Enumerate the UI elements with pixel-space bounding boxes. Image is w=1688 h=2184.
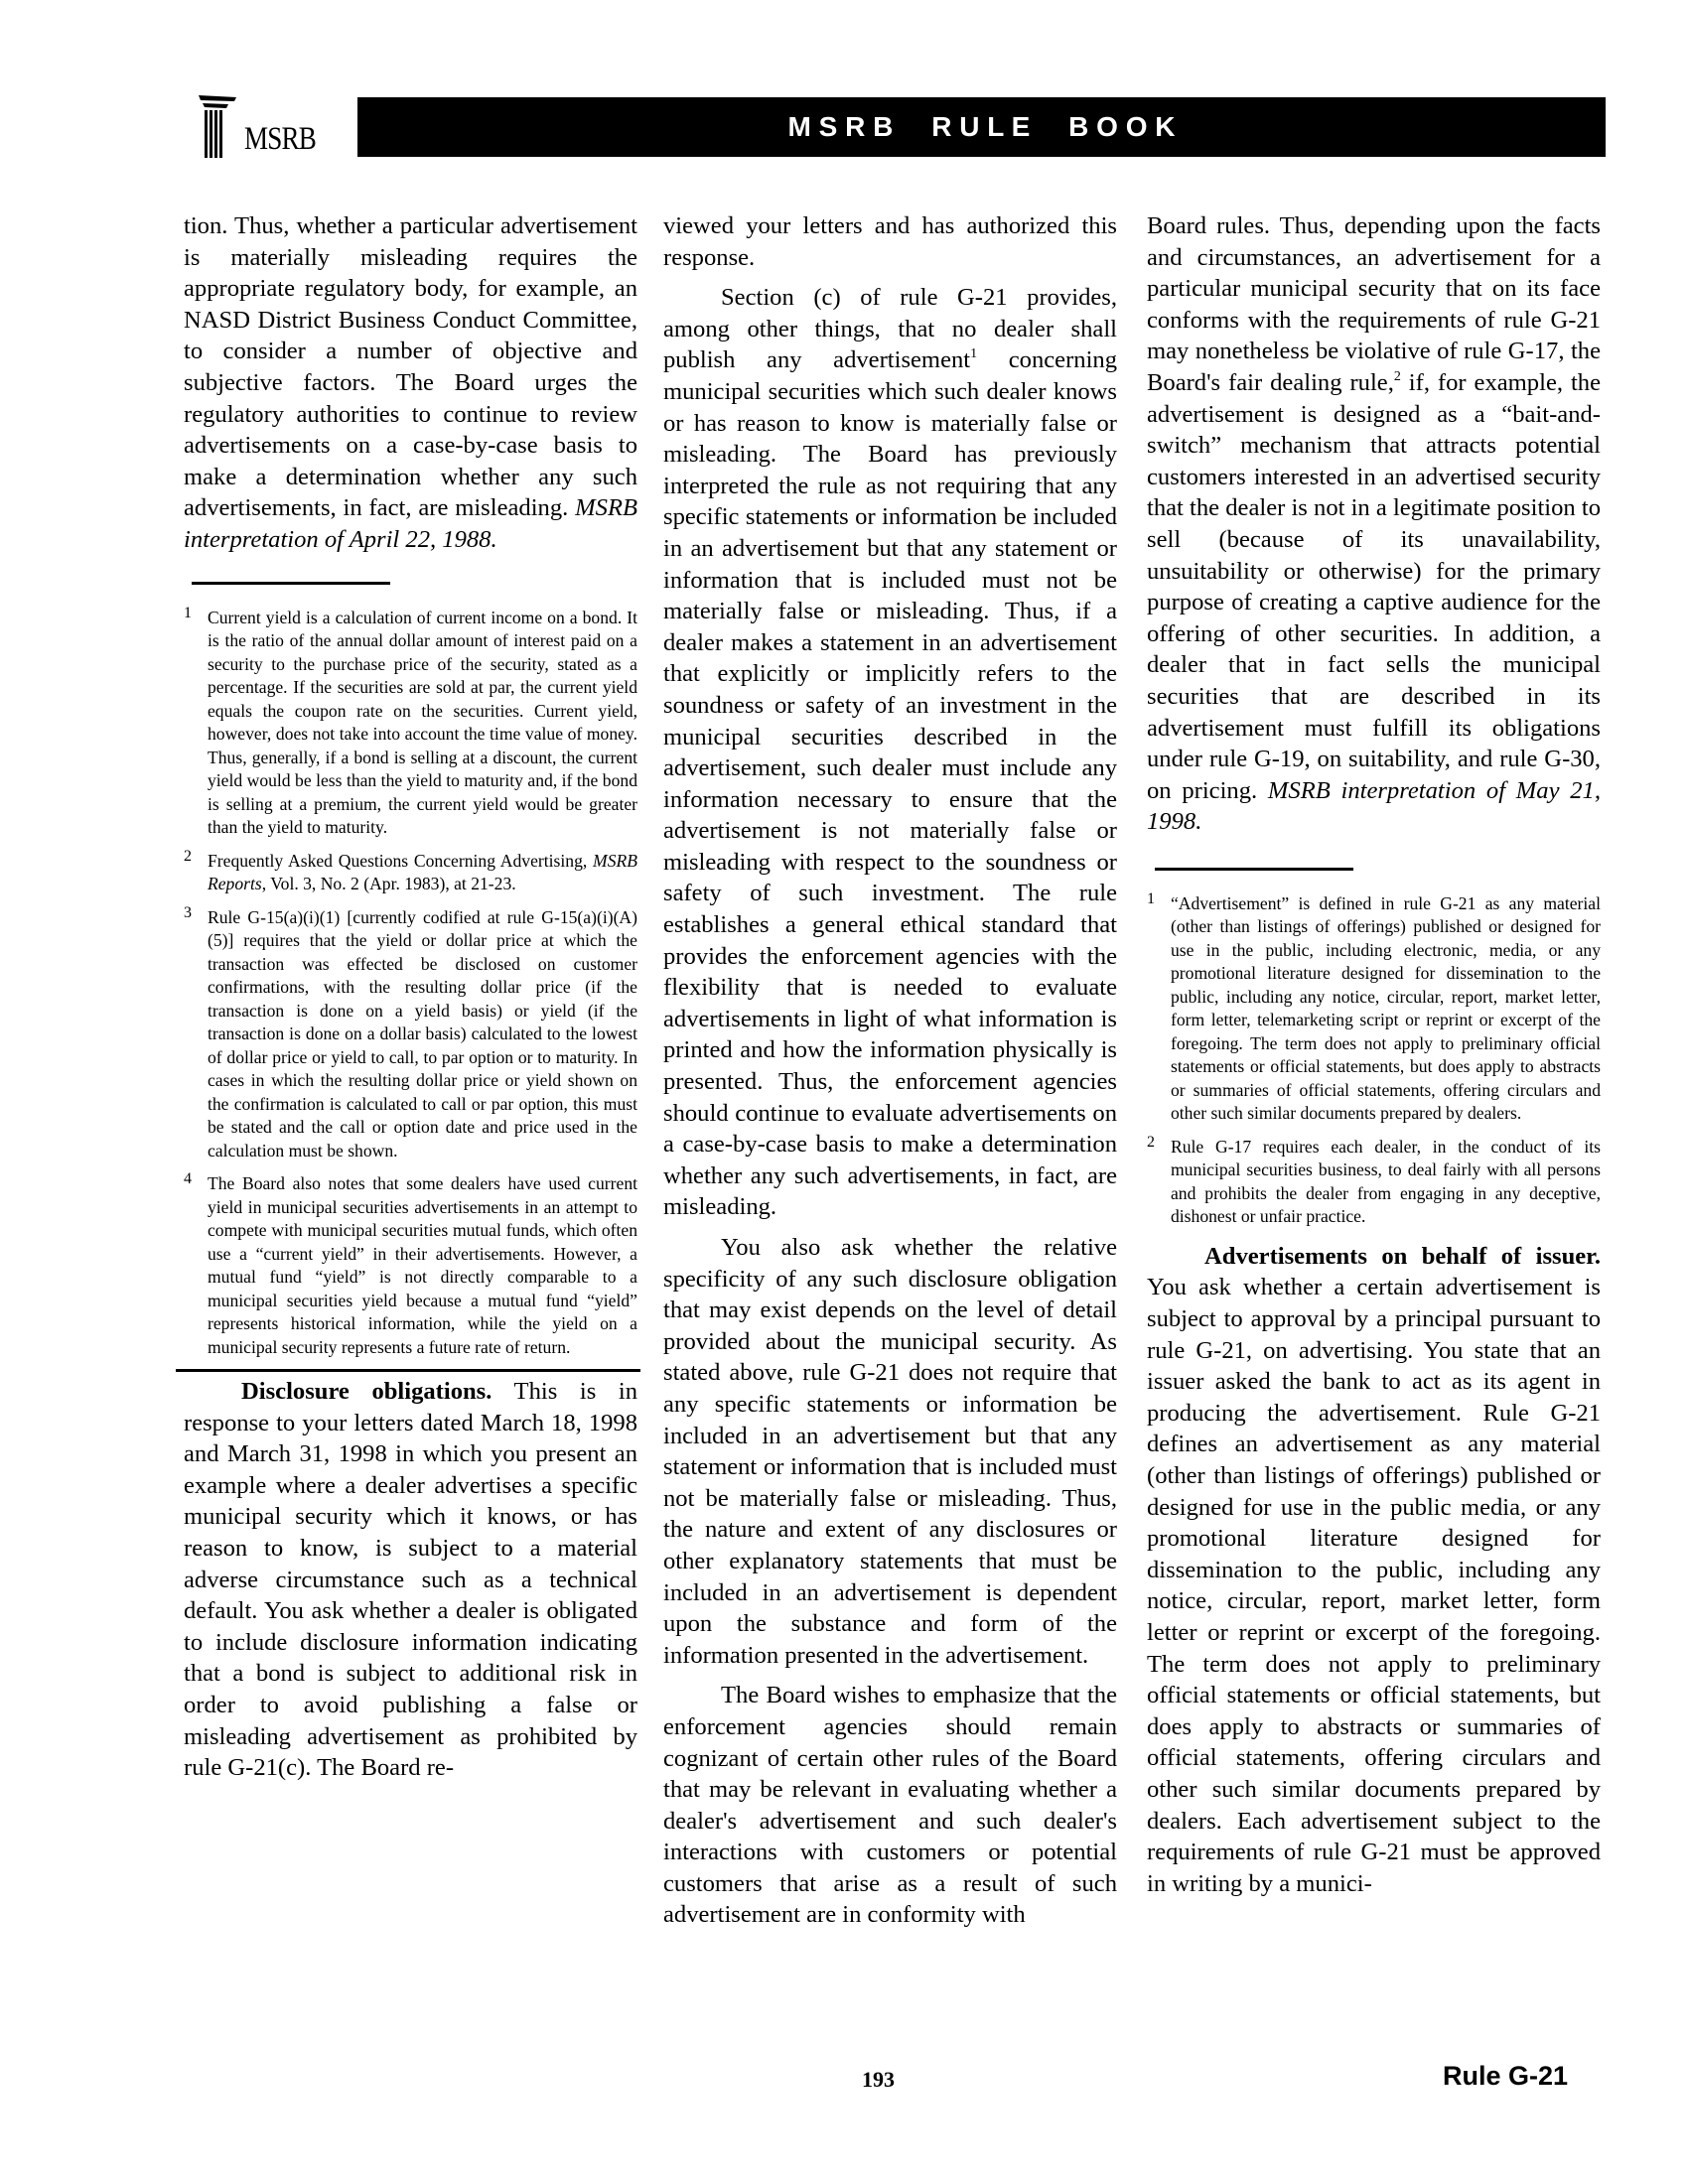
footnote-end-divider (176, 1369, 640, 1372)
footnote-text: “Advertisement” is defined in rule G-21 … (1171, 893, 1601, 1124)
header-bar: M S R B R U L E B O O K (357, 97, 1606, 157)
paragraph-text: tion. Thus, whether a particular adverti… (184, 212, 637, 521)
page-number: 193 (862, 2067, 895, 2093)
paragraph: Advertisements on behalf of issuer. You … (1147, 1241, 1601, 1899)
paragraph: Section (c) of rule G-21 provides, among… (663, 282, 1117, 1223)
footnote: 4The Board also notes that some dealers … (184, 1172, 637, 1359)
footnote-number: 1 (184, 602, 192, 625)
footnote: 2Rule G-17 requires each dealer, in the … (1147, 1136, 1601, 1229)
paragraph-text: You ask whether a certain advertisement … (1147, 1274, 1601, 1896)
footnote-number: 1 (1147, 887, 1155, 911)
footnote-divider (192, 582, 390, 585)
logo-text: MSRB (244, 121, 316, 157)
footnote-number: 2 (184, 845, 192, 869)
footnote-text: Rule G-15(a)(i)(1) [currently codified a… (208, 907, 637, 1160)
footnote-ref[interactable]: 2 (1394, 369, 1401, 384)
footnote-text: , Vol. 3, No. 2 (Apr. 1983), at 21-23. (262, 874, 516, 893)
paragraph: Disclosure obligations. This is in respo… (184, 1376, 637, 1784)
msrb-logo: MSRB (195, 93, 334, 159)
paragraph: Board rules. Thus, depending upon the fa… (1147, 210, 1601, 838)
paragraph-text: if, for example, the advertisement is de… (1147, 369, 1601, 804)
footnote-divider (1155, 868, 1353, 871)
footnote: 1Current yield is a calculation of curre… (184, 607, 637, 840)
paragraph: viewed your letters and has authorized t… (663, 210, 1117, 273)
paragraph-text: This is in response to your letters date… (184, 1378, 637, 1781)
column-left: tion. Thus, whether a particular adverti… (184, 210, 637, 1784)
page-title: M S R B R U L E B O O K (788, 111, 1176, 143)
footnote-text: Rule G-17 requires each dealer, in the c… (1171, 1137, 1601, 1227)
section-heading: Disclosure obligations. (241, 1378, 492, 1405)
footnote-number: 2 (1147, 1131, 1155, 1155)
paragraph: You also ask whether the relative specif… (663, 1232, 1117, 1671)
section-heading: Advertisements on behalf of issuer. (1204, 1243, 1601, 1270)
paragraph: tion. Thus, whether a particular adverti… (184, 210, 637, 556)
footnote-text: Current yield is a calculation of curren… (208, 608, 637, 838)
footnote-text: Frequently Asked Questions Concerning Ad… (208, 851, 593, 871)
column-right: Board rules. Thus, depending upon the fa… (1147, 210, 1601, 1899)
paragraph-text: concerning municipal securities which su… (663, 346, 1117, 1220)
footnote: 1“Advertisement” is defined in rule G-21… (1147, 892, 1601, 1126)
footnote: 3Rule G-15(a)(i)(1) [currently codified … (184, 906, 637, 1163)
paragraph: The Board wishes to emphasize that the e… (663, 1680, 1117, 1931)
footnote-number: 4 (184, 1167, 192, 1191)
column-middle: viewed your letters and has authorized t… (663, 210, 1117, 1931)
rule-label: Rule G-21 (1443, 2061, 1568, 2092)
footnote-text: The Board also notes that some dealers h… (208, 1173, 637, 1357)
footnote: 2Frequently Asked Questions Concerning A… (184, 850, 637, 896)
column-pillar-icon (195, 93, 240, 159)
footnote-number: 3 (184, 901, 192, 925)
